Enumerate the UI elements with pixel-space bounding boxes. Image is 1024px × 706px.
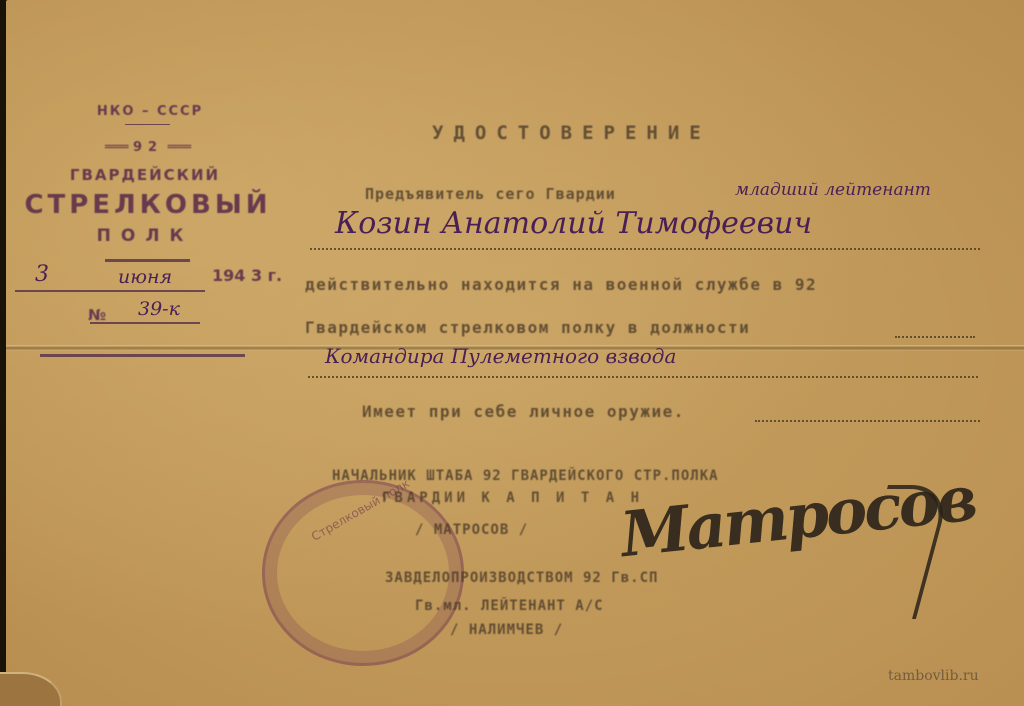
chief-of-staff-title: НАЧАЛЬНИК ШТАБА 92 ГВАРДЕЙСКОГО СТР.ПОЛК… (332, 468, 719, 484)
handwritten-position: Командира Пулеметного взвода (325, 344, 676, 368)
stamp-line-rifle: СТРЕЛКОВЫЙ (8, 190, 288, 220)
stamp-line-guards: ГВАРДЕЙСКИЙ (55, 166, 235, 184)
stamp-date-year: 194 3 г. (212, 266, 282, 285)
stamp-date-underline (15, 290, 205, 292)
weapon-dotted-line (755, 420, 980, 422)
stamp-bar (105, 259, 190, 262)
stamp-date-month: июня (118, 266, 172, 288)
stamp-line-nko: НКО – СССР (80, 104, 220, 119)
body-line-unit: Гвардейском стрелковом полку в должности (305, 318, 750, 337)
body-line-weapon: Имеет при себе личное оружие. (362, 402, 685, 421)
clerk-title: ЗАВДЕЛОПРОИЗВОДСТВОМ 92 Гв.СП (385, 570, 658, 586)
body-line-service: действительно находится на военной служб… (305, 275, 817, 294)
document-title: УДОСТОВЕРЕНИЕ (432, 122, 711, 144)
body-line-bearer: Предъявитель сего Гвардии (365, 185, 616, 203)
position-dotted-line (895, 336, 975, 338)
stamp-order-number: 39-к (138, 298, 180, 320)
handwritten-rank: младший лейтенант (735, 180, 931, 200)
stamp-regiment-number: 92 (133, 140, 163, 155)
position-value-dotted-line (308, 376, 978, 378)
seal-text: Стрелковый полк (309, 476, 412, 544)
stamp-date-day: 3 (35, 262, 49, 287)
stamp-extra-line (40, 354, 245, 357)
stamp-line-number: ═══ 92 ═══ (88, 140, 208, 155)
stamp-line-regiment: ПОЛК (85, 226, 205, 246)
clerk-name: / НАЛИМЧЕВ / (450, 622, 563, 638)
stamp-number-underline (90, 322, 200, 324)
chief-of-staff-rank: ГВАРДИИ К А П И Т А Н (382, 490, 643, 506)
handwritten-full-name: Козин Анатолий Тимофеевич (335, 206, 812, 241)
clerk-rank: Гв.мл. ЛЕЙТЕНАНТ А/С (415, 598, 604, 614)
source-watermark: tambovlib.ru (888, 668, 979, 684)
stamp-divider (125, 124, 170, 125)
chief-of-staff-name: / МАТРОСОВ / (415, 522, 528, 538)
name-dotted-line (310, 248, 980, 250)
